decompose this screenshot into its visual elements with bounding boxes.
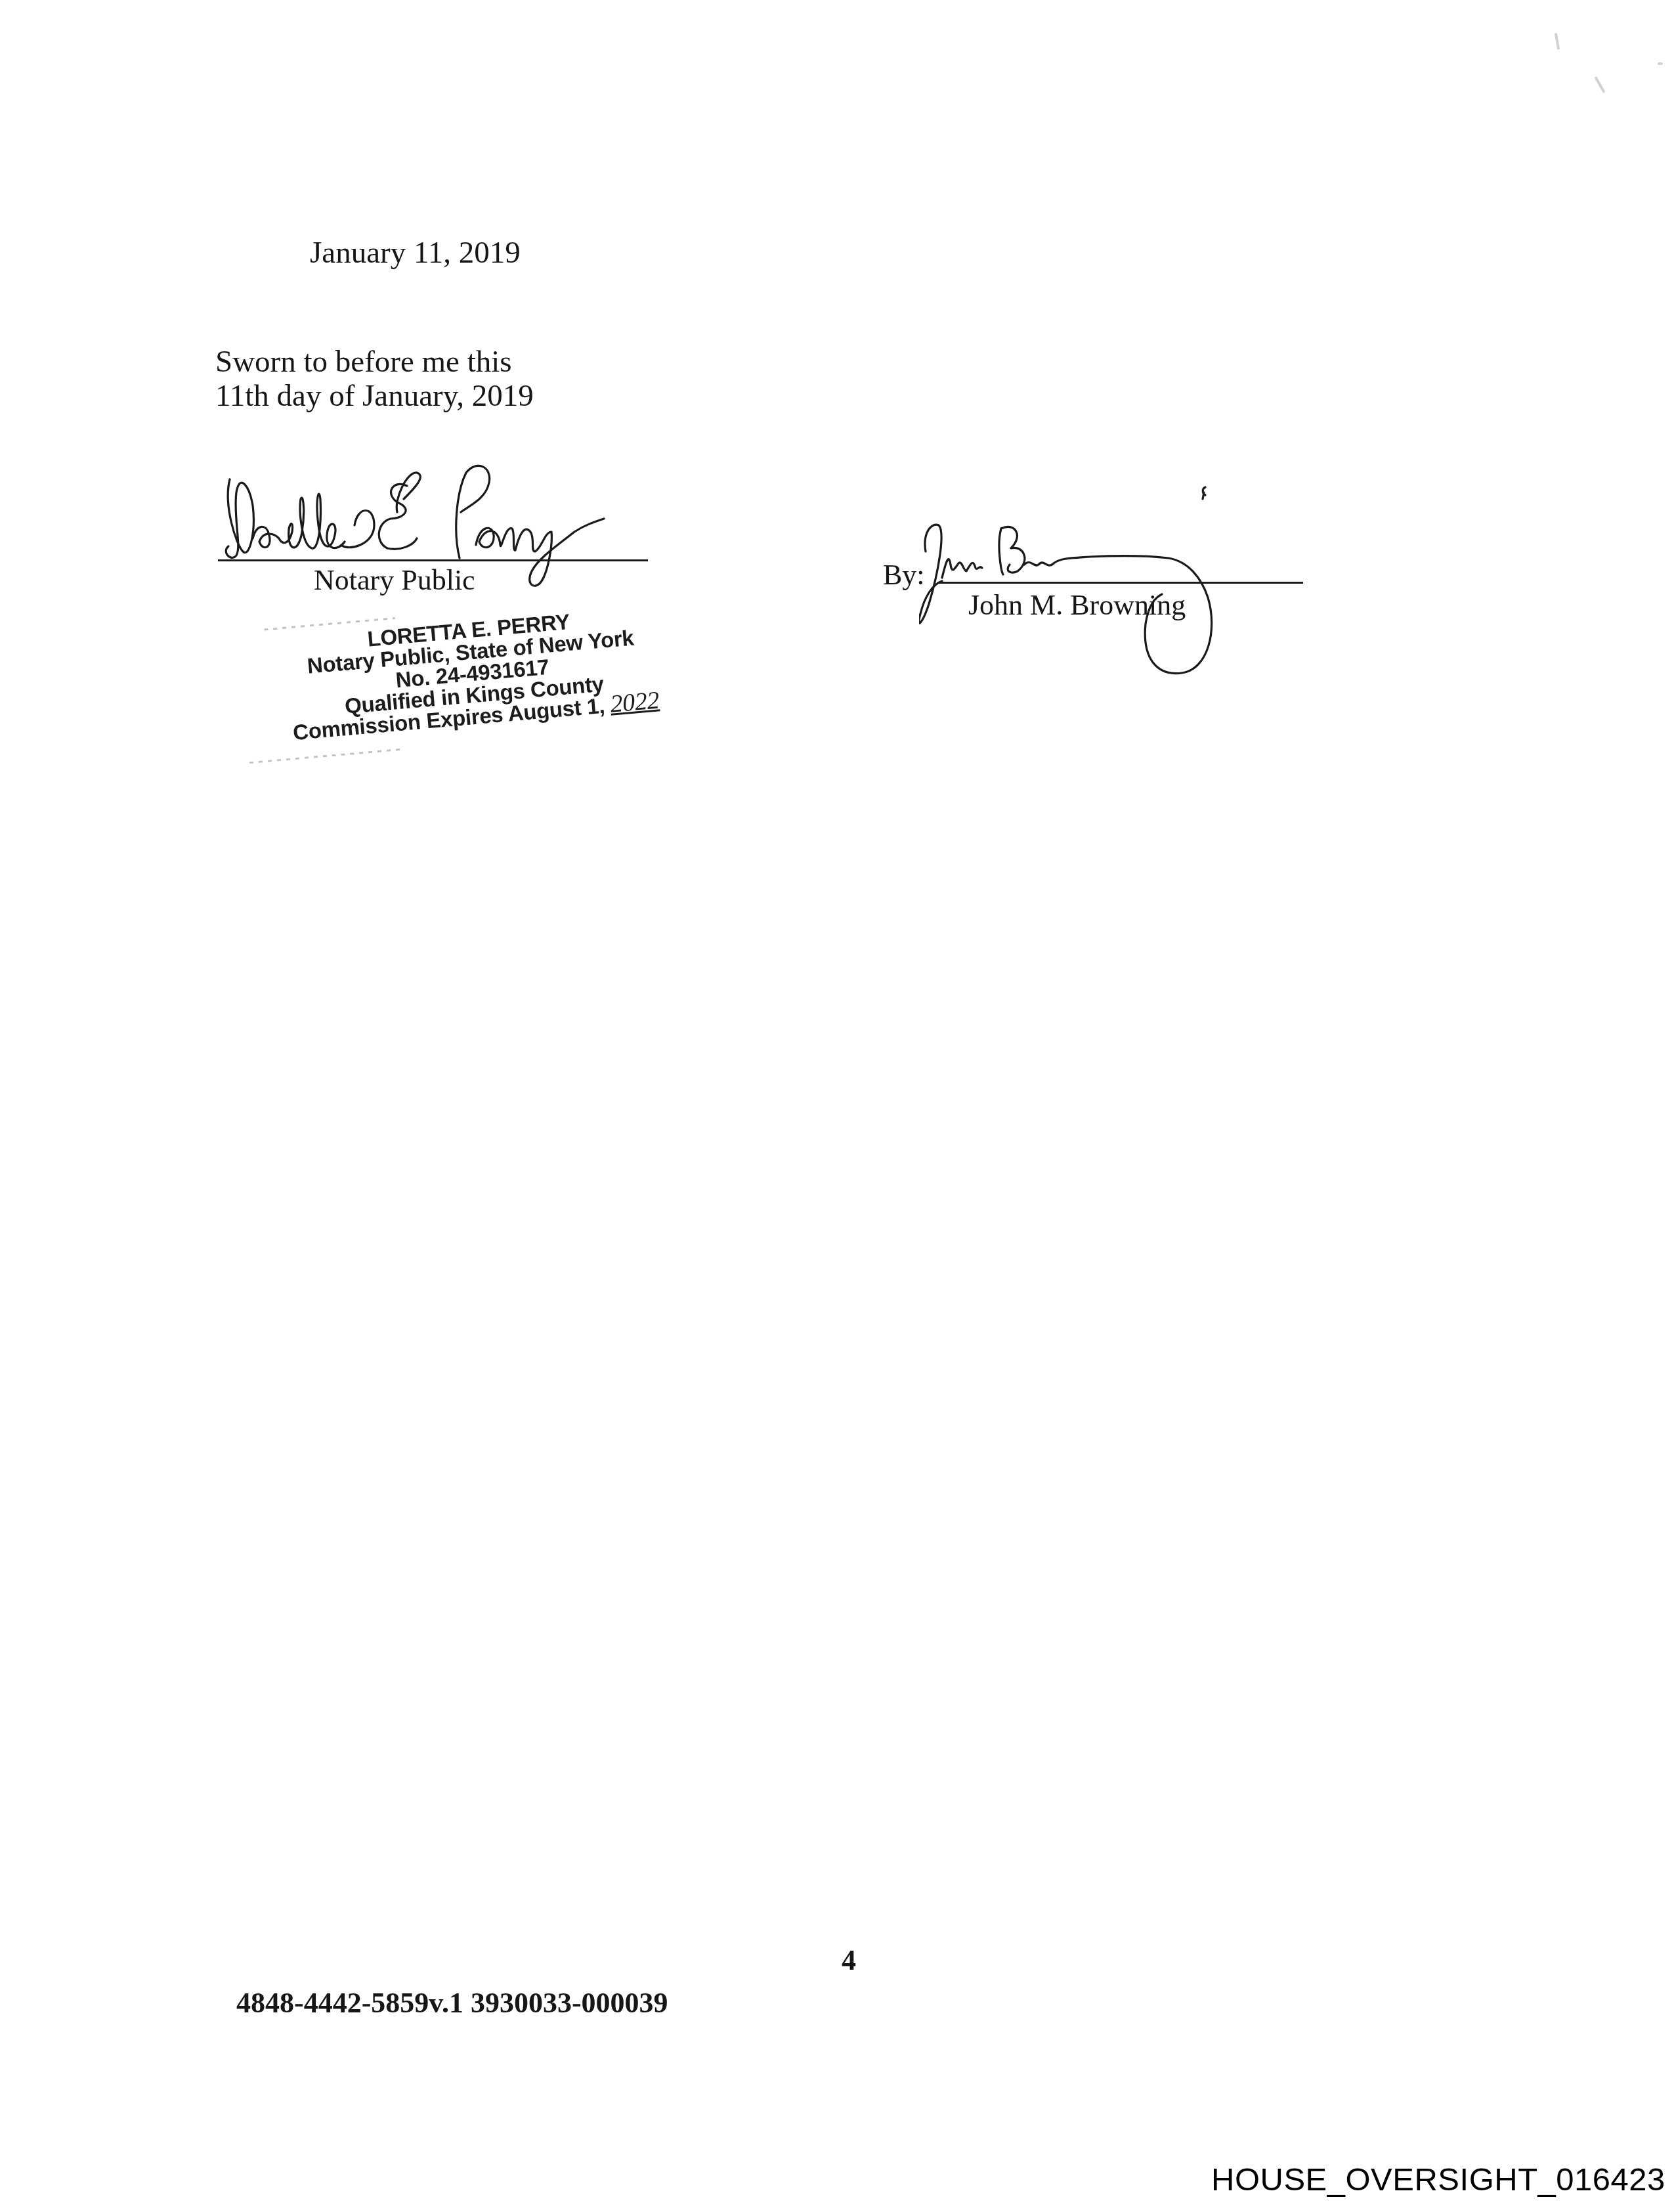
signer-signature-line <box>937 582 1303 584</box>
notary-caption: Notary Public <box>314 563 475 597</box>
jurat-line-1: Sworn to before me this <box>215 345 534 379</box>
document-id: 4848-4442-5859v.1 3930033-000039 <box>236 1986 668 2020</box>
notary-signature-line <box>218 559 648 561</box>
document-date: January 11, 2019 <box>310 235 521 271</box>
stamp-expiration-year: 2022 <box>609 686 660 718</box>
scan-artifact <box>1594 76 1605 93</box>
jurat-line-2: 11th day of January, 2019 <box>215 379 534 413</box>
signer-name: John M. Browning <box>968 588 1186 622</box>
signed-by-label: By: <box>883 558 925 592</box>
stamp-smudge <box>249 748 400 764</box>
page-number: 4 <box>842 1943 856 1977</box>
scan-artifact <box>1658 62 1663 65</box>
signer-signature <box>919 473 1326 683</box>
notary-stamp: LORETTA E. PERRY Notary Public, State of… <box>251 592 694 763</box>
bates-number: HOUSE_OVERSIGHT_016423 <box>1211 2161 1665 2198</box>
jurat-block: Sworn to before me this 11th day of Janu… <box>215 345 534 413</box>
scan-artifact <box>1555 33 1560 50</box>
